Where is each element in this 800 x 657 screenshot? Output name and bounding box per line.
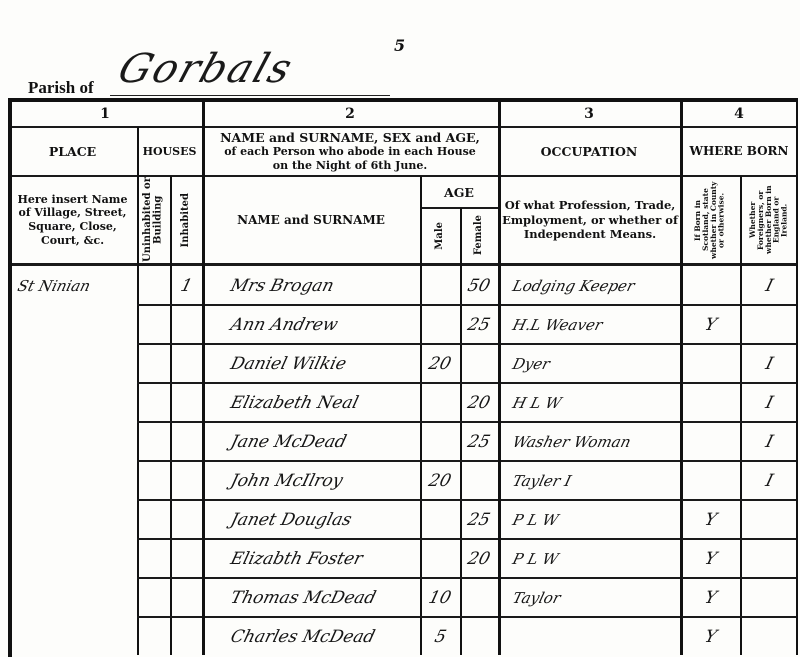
row-rule bbox=[205, 460, 420, 462]
row-rule bbox=[420, 460, 498, 462]
subheader-born-foreign: Whether Foreigners, or whether Born in E… bbox=[740, 177, 798, 263]
place-cell-text: St Ninian bbox=[16, 277, 93, 295]
row-rule bbox=[205, 343, 420, 345]
name-cell: Janet Douglas bbox=[205, 500, 420, 539]
born-foreign-cell-text: I bbox=[763, 276, 775, 296]
inhabited-cell bbox=[170, 539, 202, 578]
header-houses: HOUSES bbox=[137, 127, 202, 175]
row-rule bbox=[682, 382, 796, 384]
male-age-cell-text: 5 bbox=[432, 627, 448, 647]
born-scotland-cell: Y bbox=[682, 500, 740, 539]
born-scotland-cell: Y bbox=[682, 539, 740, 578]
census-table: 1 2 3 4 PLACE HOUSES NAME and SURNAME, S… bbox=[8, 98, 798, 657]
header-place: PLACE bbox=[8, 127, 137, 175]
born-foreign-cell: I bbox=[742, 344, 796, 383]
name-cell: Elizabeth Neal bbox=[205, 383, 420, 422]
male-age-cell: 20 bbox=[420, 461, 460, 500]
subheader-uninhabited: Uninhabited or Building bbox=[137, 177, 170, 263]
female-age-cell-text: 25 bbox=[466, 432, 493, 452]
subheader-name: NAME and SURNAME bbox=[202, 177, 420, 263]
rule bbox=[420, 207, 498, 209]
occupation-cell-text: P L W bbox=[511, 550, 561, 568]
inhabited-cell bbox=[170, 422, 202, 461]
name-cell: Elizabth Foster bbox=[205, 539, 420, 578]
name-cell-text: Charles McDead bbox=[229, 627, 377, 647]
born-foreign-cell bbox=[742, 539, 796, 578]
name-cell-text: Elizabeth Neal bbox=[229, 393, 361, 413]
occupation-cell-text: Taylor bbox=[511, 589, 563, 607]
inhabited-cell bbox=[170, 500, 202, 539]
census-page: Parish of Gorbals 5 1 2 3 4 PLACE HOUSES… bbox=[0, 0, 800, 657]
row-rule bbox=[137, 421, 202, 423]
place-cell bbox=[12, 344, 137, 383]
uninhabited-cell bbox=[137, 305, 170, 344]
row-rule bbox=[501, 499, 680, 501]
born-foreign-cell-text: I bbox=[763, 432, 775, 452]
name-cell: Jane McDead bbox=[205, 422, 420, 461]
row-rule bbox=[420, 343, 498, 345]
row-rule bbox=[682, 616, 796, 618]
place-cell bbox=[12, 539, 137, 578]
row-rule bbox=[501, 382, 680, 384]
occupation-cell-text: H L W bbox=[511, 394, 563, 412]
row-rule bbox=[137, 382, 202, 384]
name-cell-text: Jane McDead bbox=[229, 432, 349, 452]
uninhabited-cell bbox=[137, 500, 170, 539]
row-rule bbox=[205, 499, 420, 501]
born-foreign-cell bbox=[742, 305, 796, 344]
born-scotland-cell bbox=[682, 266, 740, 305]
male-age-cell: 10 bbox=[420, 578, 460, 617]
header-name-sex-age-line1: of each Person who abode in each House bbox=[224, 145, 476, 159]
inhabited-cell-text: 1 bbox=[178, 276, 194, 296]
place-cell: St Ninian bbox=[12, 266, 137, 305]
occupation-cell: Taylor bbox=[501, 578, 680, 617]
male-age-cell: 5 bbox=[420, 617, 460, 656]
row-rule bbox=[682, 577, 796, 579]
subheader-inhabited: Inhabited bbox=[170, 177, 202, 263]
born-foreign-cell-text: I bbox=[763, 471, 775, 491]
occupation-cell: Dyer bbox=[501, 344, 680, 383]
name-cell-text: Elizabth Foster bbox=[229, 549, 365, 569]
row-rule bbox=[682, 499, 796, 501]
born-scotland-cell bbox=[682, 383, 740, 422]
occupation-cell: P L W bbox=[501, 500, 680, 539]
row-rule bbox=[420, 382, 498, 384]
male-age-cell: 20 bbox=[420, 344, 460, 383]
name-cell: Thomas McDead bbox=[205, 578, 420, 617]
female-age-cell bbox=[460, 617, 498, 656]
occupation-cell bbox=[501, 617, 680, 656]
born-scotland-cell-text: Y bbox=[703, 510, 719, 530]
place-cell bbox=[12, 305, 137, 344]
born-scotland-cell-text: Y bbox=[703, 315, 719, 335]
female-age-cell-text: 20 bbox=[466, 393, 493, 413]
inhabited-cell bbox=[170, 578, 202, 617]
occupation-cell-text: Lodging Keeper bbox=[511, 277, 637, 295]
row-rule bbox=[682, 421, 796, 423]
parish-name: Gorbals bbox=[113, 46, 300, 92]
column-number-1: 1 bbox=[8, 102, 202, 126]
row-rule bbox=[137, 499, 202, 501]
page-number: 5 bbox=[394, 36, 405, 55]
row-rule bbox=[137, 460, 202, 462]
born-foreign-cell-text: I bbox=[763, 393, 775, 413]
male-age-cell-text: 10 bbox=[427, 588, 454, 608]
subheader-male: Male bbox=[420, 208, 460, 263]
born-scotland-cell-text: Y bbox=[703, 549, 719, 569]
born-scotland-cell bbox=[682, 461, 740, 500]
born-foreign-cell bbox=[742, 617, 796, 656]
row-rule bbox=[137, 538, 202, 540]
column-number-2: 2 bbox=[202, 102, 498, 126]
born-foreign-cell bbox=[742, 578, 796, 617]
row-rule bbox=[137, 577, 202, 579]
uninhabited-cell bbox=[137, 461, 170, 500]
parish-underline bbox=[110, 95, 390, 96]
name-cell: Ann Andrew bbox=[205, 305, 420, 344]
name-cell-text: John McIlroy bbox=[229, 471, 345, 491]
female-age-cell-text: 25 bbox=[466, 510, 493, 530]
occupation-cell-text: Tayler I bbox=[511, 472, 573, 490]
born-scotland-cell bbox=[682, 422, 740, 461]
row-rule bbox=[205, 616, 420, 618]
born-scotland-cell-text: Y bbox=[703, 588, 719, 608]
row-rule bbox=[205, 577, 420, 579]
row-rule bbox=[205, 538, 420, 540]
name-cell-text: Thomas McDead bbox=[229, 588, 379, 608]
male-age-cell bbox=[420, 383, 460, 422]
inhabited-cell: 1 bbox=[170, 266, 202, 305]
uninhabited-cell bbox=[137, 266, 170, 305]
uninhabited-cell bbox=[137, 422, 170, 461]
born-foreign-cell-text: I bbox=[763, 354, 775, 374]
header-where-born: WHERE BORN bbox=[680, 127, 798, 175]
female-age-cell-text: 25 bbox=[466, 315, 493, 335]
name-cell-text: Janet Douglas bbox=[229, 510, 354, 530]
born-foreign-cell: I bbox=[742, 266, 796, 305]
name-cell: Charles McDead bbox=[205, 617, 420, 656]
name-cell: John McIlroy bbox=[205, 461, 420, 500]
row-rule bbox=[205, 304, 420, 306]
female-age-cell: 25 bbox=[460, 305, 498, 344]
row-rule bbox=[501, 421, 680, 423]
header-occupation: OCCUPATION bbox=[498, 127, 680, 175]
male-age-cell bbox=[420, 422, 460, 461]
row-rule bbox=[420, 577, 498, 579]
male-age-cell bbox=[420, 266, 460, 305]
occupation-cell: P L W bbox=[501, 539, 680, 578]
row-rule bbox=[420, 616, 498, 618]
born-foreign-cell bbox=[742, 500, 796, 539]
row-rule bbox=[501, 460, 680, 462]
subheader-female: Female bbox=[460, 208, 498, 263]
row-rule bbox=[420, 304, 498, 306]
subheader-born-scotland: If Born in Scotland, state whether in Co… bbox=[680, 177, 740, 263]
occupation-cell-text: P L W bbox=[511, 511, 561, 529]
subheader-place: Here insert Name of Village, Street, Squ… bbox=[10, 177, 135, 263]
place-cell bbox=[12, 461, 137, 500]
uninhabited-cell bbox=[137, 578, 170, 617]
female-age-cell: 50 bbox=[460, 266, 498, 305]
inhabited-cell bbox=[170, 383, 202, 422]
subheader-age: AGE bbox=[420, 177, 498, 207]
female-age-cell-text: 50 bbox=[466, 276, 493, 296]
inhabited-cell bbox=[170, 461, 202, 500]
male-age-cell-text: 20 bbox=[427, 354, 454, 374]
row-rule bbox=[420, 499, 498, 501]
uninhabited-cell bbox=[137, 617, 170, 656]
born-scotland-cell: Y bbox=[682, 305, 740, 344]
male-age-cell bbox=[420, 500, 460, 539]
occupation-cell: Tayler I bbox=[501, 461, 680, 500]
row-rule bbox=[501, 616, 680, 618]
column-number-3: 3 bbox=[498, 102, 680, 126]
inhabited-cell bbox=[170, 344, 202, 383]
born-foreign-cell: I bbox=[742, 461, 796, 500]
uninhabited-cell bbox=[137, 539, 170, 578]
female-age-cell: 20 bbox=[460, 539, 498, 578]
place-cell bbox=[12, 500, 137, 539]
born-scotland-cell: Y bbox=[682, 617, 740, 656]
row-rule bbox=[205, 382, 420, 384]
occupation-cell-text: Washer Woman bbox=[511, 433, 633, 451]
column-number-4: 4 bbox=[680, 102, 798, 126]
female-age-cell: 25 bbox=[460, 422, 498, 461]
male-age-cell-text: 20 bbox=[427, 471, 454, 491]
male-age-cell bbox=[420, 539, 460, 578]
born-foreign-cell: I bbox=[742, 383, 796, 422]
uninhabited-cell bbox=[137, 383, 170, 422]
row-rule bbox=[501, 304, 680, 306]
subheader-occupation: Of what Profession, Trade, Employment, o… bbox=[502, 177, 678, 263]
row-rule bbox=[205, 421, 420, 423]
row-rule bbox=[682, 460, 796, 462]
row-rule bbox=[137, 343, 202, 345]
female-age-cell bbox=[460, 578, 498, 617]
born-scotland-cell bbox=[682, 344, 740, 383]
parish-label: Parish of bbox=[28, 78, 94, 98]
female-age-cell bbox=[460, 461, 498, 500]
inhabited-cell bbox=[170, 305, 202, 344]
born-foreign-cell: I bbox=[742, 422, 796, 461]
name-cell: Mrs Brogan bbox=[205, 266, 420, 305]
row-rule bbox=[420, 538, 498, 540]
place-cell bbox=[12, 383, 137, 422]
name-cell-text: Ann Andrew bbox=[229, 315, 340, 335]
row-rule bbox=[501, 343, 680, 345]
name-cell: Daniel Wilkie bbox=[205, 344, 420, 383]
born-scotland-cell-text: Y bbox=[703, 627, 719, 647]
place-cell bbox=[12, 617, 137, 656]
occupation-cell-text: H.L Weaver bbox=[511, 316, 605, 334]
name-cell-text: Daniel Wilkie bbox=[229, 354, 349, 374]
occupation-cell-text: Dyer bbox=[511, 355, 552, 373]
row-rule bbox=[682, 343, 796, 345]
row-rule bbox=[137, 616, 202, 618]
row-rule bbox=[420, 421, 498, 423]
occupation-cell: Lodging Keeper bbox=[501, 266, 680, 305]
occupation-cell: H L W bbox=[501, 383, 680, 422]
header-name-sex-age-title: NAME and SURNAME, SEX and AGE, bbox=[220, 130, 480, 145]
place-cell bbox=[12, 422, 137, 461]
row-rule bbox=[501, 538, 680, 540]
name-cell-text: Mrs Brogan bbox=[229, 276, 336, 296]
header-name-sex-age-line2: on the Night of 6th June. bbox=[273, 159, 427, 173]
female-age-cell: 20 bbox=[460, 383, 498, 422]
female-age-cell-text: 20 bbox=[466, 549, 493, 569]
row-rule bbox=[501, 577, 680, 579]
uninhabited-cell bbox=[137, 344, 170, 383]
male-age-cell bbox=[420, 305, 460, 344]
occupation-cell: H.L Weaver bbox=[501, 305, 680, 344]
born-scotland-cell: Y bbox=[682, 578, 740, 617]
row-rule bbox=[682, 304, 796, 306]
female-age-cell bbox=[460, 344, 498, 383]
inhabited-cell bbox=[170, 617, 202, 656]
occupation-cell: Washer Woman bbox=[501, 422, 680, 461]
row-rule bbox=[682, 538, 796, 540]
place-cell bbox=[12, 578, 137, 617]
female-age-cell: 25 bbox=[460, 500, 498, 539]
header-name-sex-age: NAME and SURNAME, SEX and AGE, of each P… bbox=[202, 127, 498, 175]
border-right bbox=[796, 100, 798, 655]
row-rule bbox=[137, 304, 202, 306]
